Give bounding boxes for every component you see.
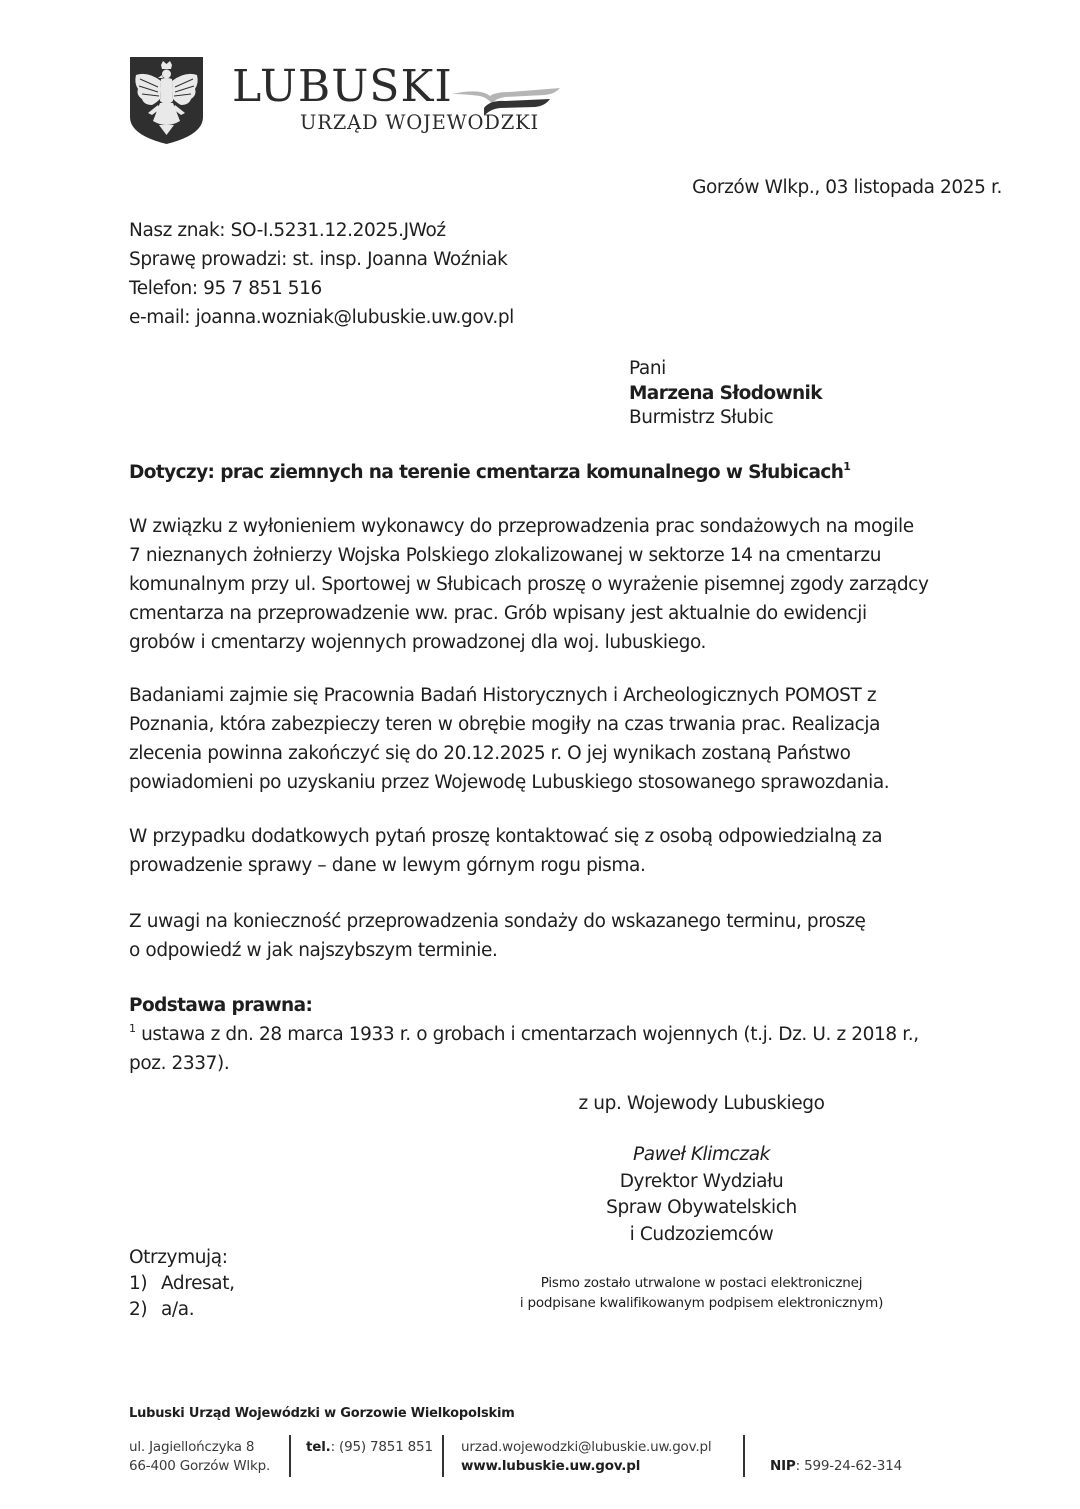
signatory-position-line: Spraw Obywatelskich [0, 1195, 1080, 1222]
footer-divider [743, 1435, 745, 1477]
sender-phone: Telefon: 95 7 851 516 [129, 274, 514, 303]
recipient-block: Pani Marzena Słodownik Burmistrz Słubic [629, 357, 822, 431]
body-paragraph-1: W związku z wyłonieniem wykonawcy do prz… [129, 512, 1009, 657]
letter-date: Gorzów Wlkp., 03 listopada 2025 r. [692, 173, 1002, 202]
paragraph-line: grobów i cmentarzy wojennych prowadzonej… [129, 628, 1009, 657]
legal-basis-line: ustawa z dn. 28 marca 1933 r. o grobach … [141, 1024, 919, 1045]
receiver-number: 1) [129, 1271, 161, 1297]
receiver-label: a/a. [161, 1299, 194, 1320]
signature-authority: z up. Wojewody Lubuskiego [0, 1089, 1080, 1118]
case-handler: Sprawę prowadzi: st. insp. Joanna Woźnia… [129, 245, 514, 274]
paragraph-line: Z uwagi na konieczność przeprowadzenia s… [129, 907, 1009, 936]
letter-subject: Dotyczy: prac ziemnych na terenie cmenta… [129, 458, 850, 487]
paragraph-line: cmentarza na przeprowadzenie ww. prac. G… [129, 599, 1009, 628]
receivers-title: Otrzymują: [129, 1245, 235, 1271]
nip-label: NIP [770, 1458, 796, 1474]
legal-basis-title: Podstawa prawna: [129, 991, 312, 1020]
paragraph-line: W związku z wyłonieniem wykonawcy do prz… [129, 512, 1009, 541]
body-paragraph-4: Z uwagi na konieczność przeprowadzenia s… [129, 907, 1009, 965]
subject-text: Dotyczy: prac ziemnych na terenie cmenta… [129, 462, 843, 483]
legal-basis-text: 1 ustawa z dn. 28 marca 1933 r. o grobac… [129, 1020, 919, 1078]
body-paragraph-3: W przypadku dodatkowych pytań proszę kon… [129, 822, 1009, 880]
receiver-item: 1)Adresat, [129, 1271, 235, 1297]
signatory-position-line: Dyrektor Wydziału [0, 1169, 1080, 1196]
address-street: ul. Jagiellończyka 8 [129, 1438, 270, 1457]
footer-address: ul. Jagiellończyka 8 66-400 Gorzów Wlkp. [129, 1438, 270, 1476]
paragraph-line: W przypadku dodatkowych pytań proszę kon… [129, 822, 1009, 851]
recipient-title: Burmistrz Słubic [629, 406, 822, 431]
footer-nip: NIP: 599-24-62-314 [770, 1457, 902, 1476]
footnote-mark: 1 [843, 460, 850, 473]
paragraph-line: o odpowiedź w jak najszybszym terminie. [129, 936, 1009, 965]
paragraph-line: prowadzenie sprawy – dane w lewym górnym… [129, 851, 1009, 880]
receiver-number: 2) [129, 1297, 161, 1323]
footer-website-link[interactable]: www.lubuskie.uw.gov.pl [461, 1458, 640, 1474]
tel-value: : (95) 7851 851 [331, 1439, 433, 1455]
footer-institution: Lubuski Urząd Wojewódzki w Gorzowie Wiel… [129, 1406, 515, 1421]
footer-contact: urzad.wojewodzki@lubuskie.uw.gov.pl www.… [461, 1438, 711, 1476]
receivers-list: Otrzymują: 1)Adresat, 2)a/a. [129, 1245, 235, 1323]
signature-block: Paweł Klimczak Dyrektor Wydziału Spraw O… [0, 1142, 1080, 1248]
wing-stripes-icon [450, 82, 562, 116]
paragraph-line: Poznania, która zabezpieczy teren w obrę… [129, 710, 1009, 739]
signatory-name: Paweł Klimczak [0, 1142, 1080, 1169]
footer-divider [289, 1435, 291, 1477]
logo-title: LUBUSKI [232, 62, 453, 112]
footer-email-link[interactable]: urzad.wojewodzki@lubuskie.uw.gov.pl [461, 1438, 711, 1457]
paragraph-line: komunalnym przy ul. Sportowej w Słubicac… [129, 570, 1009, 599]
paragraph-line: powiadomieni po uzyskaniu przez Wojewodę… [129, 768, 1009, 797]
paragraph-line: Badaniami zajmie się Pracownia Badań His… [129, 681, 1009, 710]
tel-label: tel. [306, 1439, 331, 1455]
receiver-label: Adresat, [161, 1273, 235, 1294]
nip-value: : 599-24-62-314 [796, 1458, 902, 1474]
sender-details: Nasz znak: SO-I.5231.12.2025.JWoź Sprawę… [129, 216, 514, 332]
recipient-salutation: Pani [629, 357, 822, 382]
body-paragraph-2: Badaniami zajmie się Pracownia Badań His… [129, 681, 1009, 797]
footnote-mark: 1 [129, 1022, 136, 1035]
sender-email[interactable]: e-mail: joanna.wozniak@lubuskie.uw.gov.p… [129, 303, 514, 332]
footer-divider [442, 1435, 444, 1477]
paragraph-line: 7 nieznanych żołnierzy Wojska Polskiego … [129, 541, 1009, 570]
address-city: 66-400 Gorzów Wlkp. [129, 1457, 270, 1476]
receiver-item: 2)a/a. [129, 1297, 235, 1323]
polish-eagle-emblem-icon [128, 55, 205, 145]
paragraph-line: zlecenia powinna zakończyć się do 20.12.… [129, 739, 1009, 768]
recipient-name: Marzena Słodownik [629, 382, 822, 407]
footer-phone: tel.: (95) 7851 851 [306, 1438, 433, 1457]
legal-basis-line: poz. 2337). [129, 1049, 919, 1078]
reference-number: Nasz znak: SO-I.5231.12.2025.JWoź [129, 216, 514, 245]
